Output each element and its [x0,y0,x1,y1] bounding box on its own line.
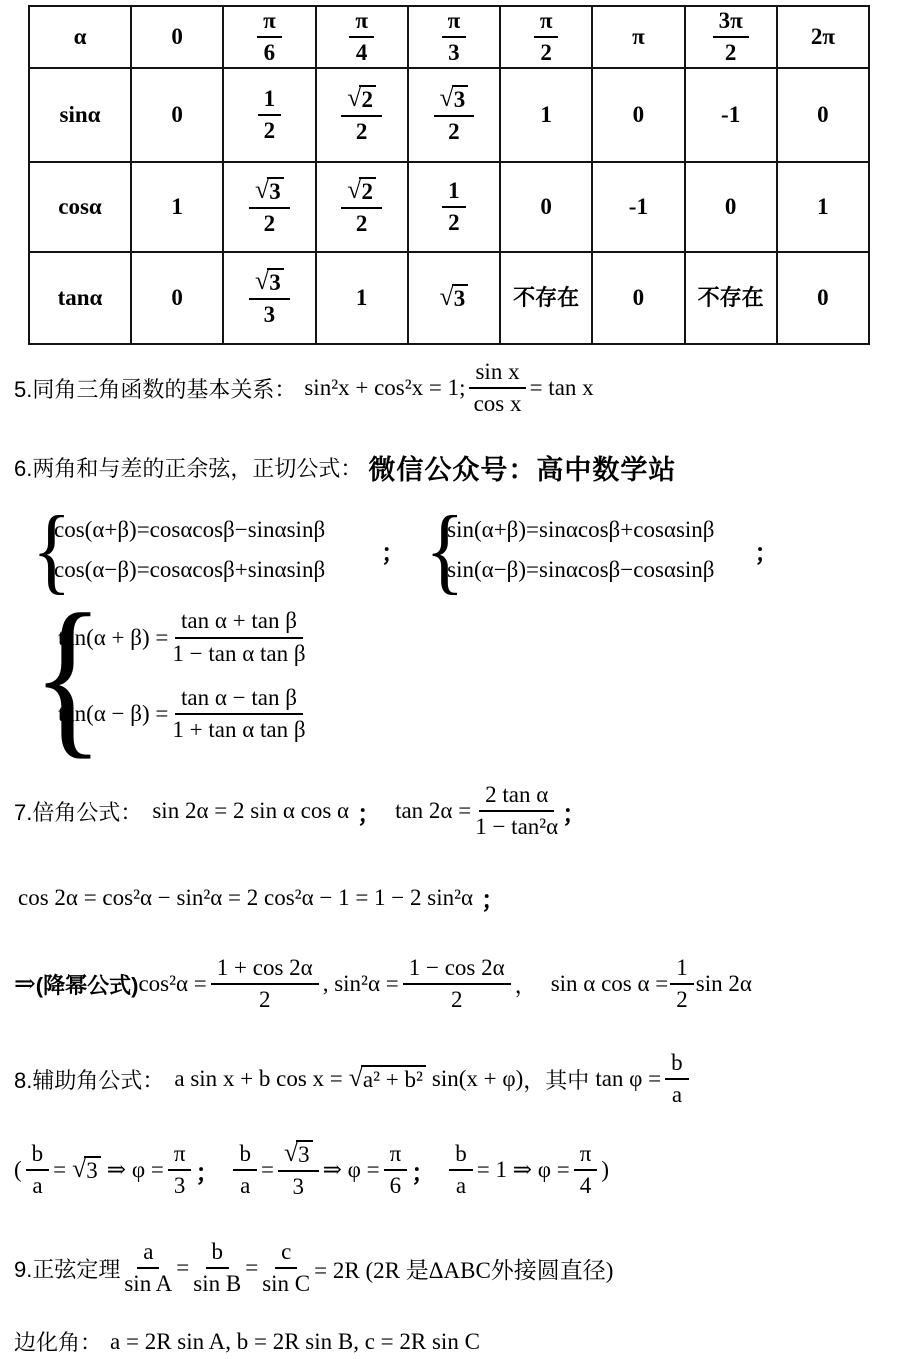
section-6-label: 6.两角和与差的正余弦，正切公式： [14,452,362,483]
table-cell: 2π [777,6,869,68]
open-paren: ( [14,1157,22,1183]
table-row-angle: α 0 π6 π4 π3 π2 π 3π2 2π [29,6,869,68]
section-5-label: 5.同角三角函数的基本关系： [14,373,296,404]
fraction-sinx-cosx: sin xcos x [469,359,525,418]
equals-sign: = [176,1255,189,1281]
section-7-line: 7.倍角公式： sin 2α = 2 sin α cos α ； tan 2α … [14,778,586,844]
fraction-b-a: ba [26,1141,50,1200]
formula-cos2a: cos 2α = cos²α − sin²α = 2 cos²α − 1 = 1… [18,885,473,911]
table-cell: π4 [316,6,408,68]
left-brace: { [32,601,58,751]
table-cell: √22 [316,162,408,252]
left-brace: { [425,509,447,591]
formula-aux-lhs: a sin x + b cos x = [174,1066,342,1092]
sqrt-a2-b2: √a² + b² [349,1065,426,1093]
fraction-b-a: ba [449,1141,473,1200]
fraction-a-sinA: asin A [124,1239,172,1298]
formula-sincos-lhs: sin α cos α = [551,971,669,997]
formula-sincos-rhs: sin 2α [696,971,752,997]
separator-semicolon: ； [411,1153,435,1188]
equals-sign: = [53,1157,66,1183]
table-cell: √22 [316,68,408,162]
table-cell: 0 [131,6,223,68]
separator-semicolon: ； [481,880,505,915]
separator-semicolon: ； [381,533,405,568]
fraction-tan2a: 2 tan α1 − tan²α [475,782,558,841]
phi-examples-line: ( ba = √3 ⇒ φ = π3 ； ba = √33 ⇒ φ = π6 ；… [14,1138,609,1202]
watermark-text: 微信公众号：高中数学站 [368,448,676,487]
sum-diff-systems-row: { cos(α+β)=cosαcosβ−sinαsinβ cos(α−β)=co… [32,502,779,598]
close-paren: ) [601,1157,609,1183]
table-cell: π3 [408,6,500,68]
formula-aux-where: ，其中 [523,1064,589,1095]
fraction-sqrt3-3: √33 [278,1140,319,1201]
formula-tan2a-lhs: tan 2α = [395,798,471,824]
formula-sin2-lhs: , sin²α = [323,971,399,997]
table-cell: 0 [131,68,223,162]
trig-value-table-wrapper: α 0 π6 π4 π3 π2 π 3π2 2π sinα 0 12 √22 √… [28,5,870,345]
table-cell: cosα [29,162,131,252]
fraction-b-sinB: bsin B [193,1239,241,1298]
tan-sum-diff-system: { tan(α + β) = tan α + tan β1 − tan α ta… [32,608,310,744]
trig-value-table: α 0 π6 π4 π3 π2 π 3π2 2π sinα 0 12 √22 √… [28,5,870,345]
table-cell: -1 [592,162,684,252]
fraction-pi-3: π3 [168,1141,192,1200]
formula-2R-note: = 2R (2R 是ΔABC外接圆直径) [314,1252,613,1285]
section-6-line: 6.两角和与差的正余弦，正切公式： 微信公众号：高中数学站 [14,448,676,487]
equals-sign: = [261,1157,274,1183]
equals-sign: = [245,1255,258,1281]
implies-phi: ⇒ φ = [323,1157,380,1183]
document-page: α 0 π6 π4 π3 π2 π 3π2 2π sinα 0 12 √22 √… [0,0,900,1359]
table-cell: tanα [29,252,131,344]
separator-comma: ， [515,969,537,1000]
table-row-sin: sinα 0 12 √22 √32 1 0 -1 0 [29,68,869,162]
table-cell: 0 [592,68,684,162]
table-cell: π [592,6,684,68]
fraction-b-a: ba [233,1141,257,1200]
power-reduction-label: (降幂公式) [36,969,139,1000]
side-to-angle-label: 边化角： [14,1326,102,1357]
table-cell: √32 [223,162,315,252]
formula-tanphi-lhs: tan φ = [595,1066,661,1092]
formula-equals-tanx: = tan x [530,375,594,401]
table-cell: 1 [316,252,408,344]
sqrt-3: √3 [72,1156,101,1184]
table-cell: 1 [131,162,223,252]
section-5-line: 5.同角三角函数的基本关系： sin²x + cos²x = 1; sin xc… [14,352,594,424]
table-cell: 0 [131,252,223,344]
table-cell: 1 [777,162,869,252]
table-cell: 0 [500,162,592,252]
separator-semicolon: ； [755,533,779,568]
table-cell: 0 [777,252,869,344]
table-cell: α [29,6,131,68]
table-cell: 不存在 [685,252,777,344]
fraction-1minuscos2a: 1 − cos 2α2 [403,955,511,1014]
implies-phi-eq1: = 1 ⇒ φ = [477,1157,570,1183]
table-row-tan: tanα 0 √33 1 √3 不存在 0 不存在 0 [29,252,869,344]
side-to-angle-line: 边化角： a = 2R sin A, b = 2R sin B, c = 2R … [14,1326,480,1357]
table-cell: 不存在 [500,252,592,344]
formula-aux-rhs: sin(x + φ) [432,1066,523,1092]
table-cell: π2 [500,6,592,68]
table-cell: √3 [408,252,500,344]
fraction-one-half: 12 [670,955,694,1014]
table-row-cos: cosα 1 √32 √22 12 0 -1 0 1 [29,162,869,252]
formula-cos-sum: cos(α+β)=cosαcosβ−sinαsinβ [54,517,325,543]
table-cell: 0 [592,252,684,344]
fraction-1pluscos2a: 1 + cos 2α2 [211,955,319,1014]
table-cell: 12 [408,162,500,252]
power-reduction-line: ⇒ (降幂公式) cos²α = 1 + cos 2α2 , sin²α = 1… [14,948,752,1020]
table-cell: 1 [500,68,592,162]
section-8-line: 8.辅助角公式： a sin x + b cos x = √a² + b² si… [14,1046,693,1112]
table-cell: √33 [223,252,315,344]
table-cell: 0 [685,162,777,252]
implies-arrow: ⇒ [14,969,36,999]
formula-sin2a: sin 2α = 2 sin α cos α [152,798,349,824]
fraction-b-a: ba [665,1050,689,1109]
formula-sin-sum: sin(α+β)=sinαcosβ+cosαsinβ [447,517,714,543]
table-cell: 0 [777,68,869,162]
section-8-label: 8.辅助角公式： [14,1064,164,1095]
separator-semicolon: ； [562,794,586,829]
formula-sin-diff: sin(α−β)=sinαcosβ−cosαsinβ [447,557,714,583]
section-7-label: 7.倍角公式： [14,796,142,827]
separator-semicolon: ； [195,1153,219,1188]
fraction-pi-6: π6 [384,1141,408,1200]
implies-phi: ⇒ φ = [107,1157,164,1183]
table-cell: 12 [223,68,315,162]
formula-cos2a-line: cos 2α = cos²α − sin²α = 2 cos²α − 1 = 1… [18,880,505,915]
separator-semicolon: ； [357,794,381,829]
table-cell: 3π2 [685,6,777,68]
table-cell: π6 [223,6,315,68]
sin-sum-diff-system: { sin(α+β)=sinαcosβ+cosαsinβ sin(α−β)=si… [425,509,714,591]
formula-cos2-lhs: cos²α = [138,971,206,997]
section-9-line: 9.正弦定理 asin A = bsin B = csin C = 2R (2R… [14,1236,613,1300]
fraction-pi-4: π4 [574,1141,598,1200]
section-9-label: 9.正弦定理 [14,1253,120,1284]
formula-pythagorean: sin²x + cos²x = 1; [304,375,465,401]
table-cell: √32 [408,68,500,162]
fraction-c-sinC: csin C [262,1239,310,1298]
formula-side-to-angle: a = 2R sin A, b = 2R sin B, c = 2R sin C [110,1329,480,1355]
table-cell: sinα [29,68,131,162]
table-cell: -1 [685,68,777,162]
